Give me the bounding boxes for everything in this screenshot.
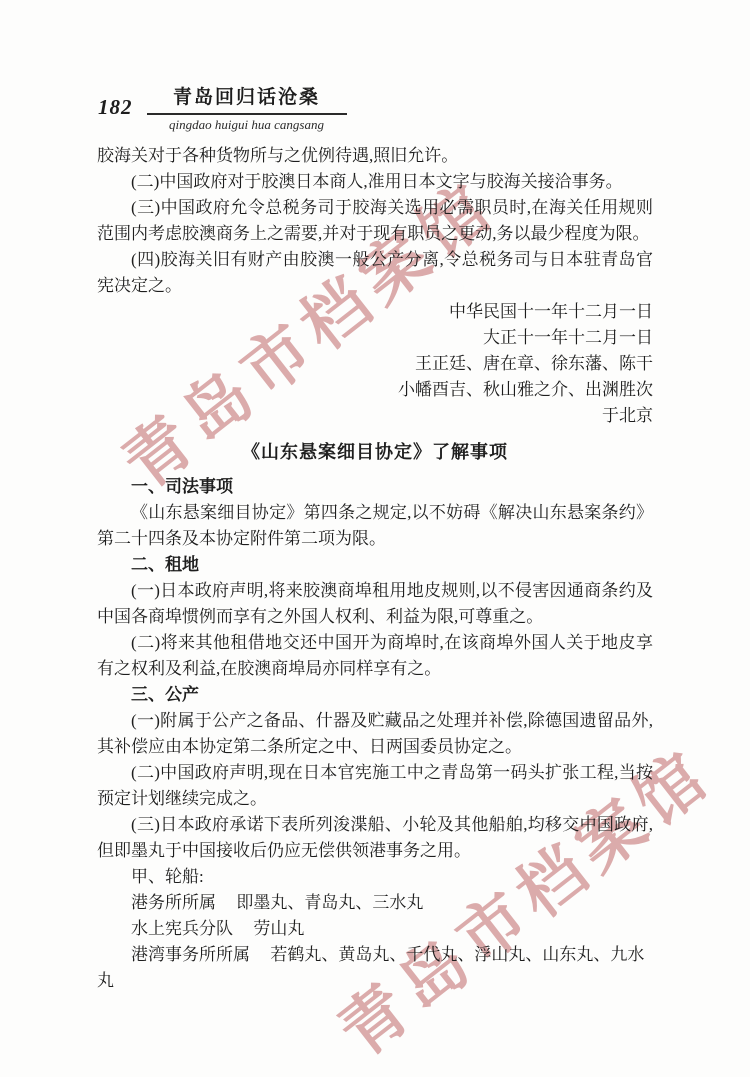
page-number: 182	[98, 97, 133, 118]
signature-place: 于北京	[97, 403, 653, 429]
paragraph: (二)中国政府对于胶澳日本商人,准用日本文字与胶海关接洽事务。	[97, 169, 653, 195]
paragraph: (二)中国政府声明,现在日本官宪施工中之青岛第一码头扩张工程,当按预定计划继续完…	[97, 760, 653, 812]
signature-block: 中华民国十一年十二月一日 大正十一年十二月一日 王正廷、唐在章、徐东藩、陈干 小…	[97, 299, 653, 429]
paragraph: (二)将来其他租借地交还中国开为商埠时,在该商埠外国人关于地皮享有之权利及利益,…	[97, 630, 653, 682]
paragraph: (四)胶海关旧有财产由胶澳一般公产分离,令总税务司与日本驻青岛官宪决定之。	[97, 247, 653, 299]
paragraph: (一)日本政府声明,将来胶澳商埠租用地皮规则,以不侵害因通商条约及中国各商埠惯例…	[97, 578, 653, 630]
book-title-pinyin: qingdao huigui hua cangsang	[147, 115, 347, 132]
ship-names: 劳山丸	[253, 919, 304, 938]
ship-owner-label: 港务所所属	[131, 893, 216, 912]
subsection-title-judicial: 一、司法事项	[97, 474, 653, 500]
paragraph: 《山东悬案细目协定》第四条之规定,以不妨碍《解决山东悬案条约》第二十四条及本协定…	[97, 500, 653, 552]
ship-list-heading: 甲、轮船:	[97, 864, 653, 890]
scanned-book-page: 青岛市档案馆 青岛市档案馆 182 青岛回归话沧桑 qingdao huigui…	[0, 0, 750, 1077]
document-body: 胶海关对于各种货物所与之优例待遇,照旧允许。 (二)中国政府对于胶澳日本商人,准…	[97, 143, 653, 994]
ship-names: 即墨丸、青岛丸、三水丸	[236, 893, 423, 912]
ship-list-row: 港湾事务所所属若鹤丸、黄岛丸、千代丸、浮山丸、山东丸、九水丸	[97, 942, 653, 994]
subsection-title-public-property: 三、公产	[97, 682, 653, 708]
signature-date-roc: 中华民国十一年十二月一日	[97, 299, 653, 325]
section-heading: 《山东悬案细目协定》了解事项	[97, 439, 653, 466]
ship-owner-label: 水上宪兵分队	[131, 919, 233, 938]
ship-owner-label: 港湾事务所所属	[131, 945, 250, 964]
signatories-chinese: 王正廷、唐在章、徐东藩、陈干	[97, 351, 653, 377]
paragraph: (三)日本政府承诺下表所列浚渫船、小轮及其他船舶,均移交中国政府,但即墨丸于中国…	[97, 812, 653, 864]
paragraph: 胶海关对于各种货物所与之优例待遇,照旧允许。	[97, 143, 653, 169]
page-header: 182 青岛回归话沧桑 qingdao huigui hua cangsang	[98, 88, 347, 132]
book-title-block: 青岛回归话沧桑 qingdao huigui hua cangsang	[147, 88, 347, 132]
paragraph: (一)附属于公产之备品、什器及贮藏品之处理并补偿,除德国遗留品外,其补偿应由本协…	[97, 708, 653, 760]
signatories-japanese: 小幡酉吉、秋山雅之介、出渊胜次	[97, 377, 653, 403]
book-title: 青岛回归话沧桑	[147, 88, 347, 115]
paragraph: (三)中国政府允令总税务司于胶海关选用必需职员时,在海关任用规则范围内考虑胶澳商…	[97, 195, 653, 247]
signature-date-taisho: 大正十一年十二月一日	[97, 325, 653, 351]
ship-list-row: 港务所所属即墨丸、青岛丸、三水丸	[97, 890, 653, 916]
subsection-title-land: 二、租地	[97, 552, 653, 578]
ship-list-row: 水上宪兵分队劳山丸	[97, 916, 653, 942]
